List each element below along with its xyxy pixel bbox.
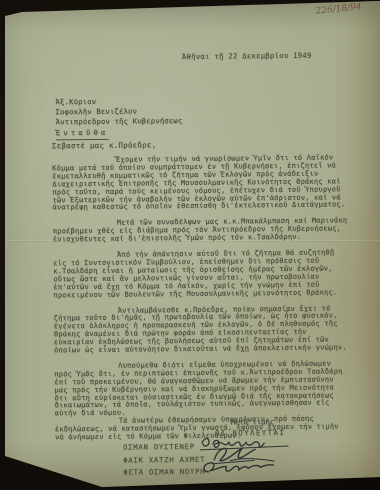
signers-title: ΟΙ ΒΟΥΛΕΥΤΑΙ [215,428,285,438]
paragraph: Τά ἀνωτέρω ἐθεωρήσαμεν ὑποχρέωσιν, πρό π… [55,416,351,443]
recipient-title: Ἀντιπρόεδρον τῆς Κυβερνήσεως [56,116,183,127]
signature-ink [200,457,278,482]
paragraph: Μετά τῶν συναδέλφων μας κ.κ.Μπακάλμπαση … [53,218,349,245]
signatory-name: ΦΑΙΚ ΧΑΤΖΗ ΑΧΜΕΤ [123,453,205,466]
signatory-name: ΦΕΤΑ ΟΣΜΑΝ ΝΟΥΡΗ [123,466,205,479]
paper-sheet: 226/18/94 Ἀθῆναι τῇ 22 Δεκεμβρίου 1949 Ἀ… [0,0,380,490]
signatory-name: ΟΣΜΑΝ ΟΥΣΤΕΝΕΡ [123,441,205,454]
archive-ref-annotation: 226/18/94 [315,2,362,16]
salutation: Σεβαστέ μας κ.Πρόεδρε, [52,140,157,150]
letter-content: 226/18/94 Ἀθῆναι τῇ 22 Δεκεμβρίου 1949 Ἀ… [0,0,380,490]
signatory-names: ΟΣΜΑΝ ΟΥΣΤΕΝΕΡ ΦΑΙΚ ΧΑΤΖΗ ΑΧΜΕΤ ΦΕΤΑ ΟΣΜ… [123,441,205,479]
date-line: Ἀθῆναι τῇ 22 Δεκεμβρίου 1949 [182,51,312,61]
recipient-block: Ἀξ.Κύριον Σοφοκλῆν Βενιζέλον Ἀντιπρόεδρο… [55,96,182,140]
signature-ink [208,445,260,466]
scanned-letter-page: 226/18/94 Ἀθῆναι τῇ 22 Δεκεμβρίου 1949 Ἀ… [0,0,380,490]
letter-body: Ἔχομεν τήν τιμήν νά γνωρίσωμεν Ὑμῖν ὅτι … [52,154,351,442]
paragraph: Ἀπό τήν ἀπάντησιν αὐτοῦ ὅτι τό ζήτημα θά… [53,249,349,300]
paragraph: Ἔχομεν τήν τιμήν νά γνωρίσωμεν Ὑμῖν ὅτι … [52,154,349,212]
paragraph: Λυπούμεθα διότι εἴμεθα ὑποχρεωμένοι νά δ… [54,360,351,418]
valediction: Μετά τιμῆς [231,417,274,426]
recipient-location: Ἐνταῦθα [56,128,109,140]
paragraph: Ἀντιλαμβάνεσθε κ.Πρόεδρε, ποίαν σημασίαν… [54,305,350,356]
